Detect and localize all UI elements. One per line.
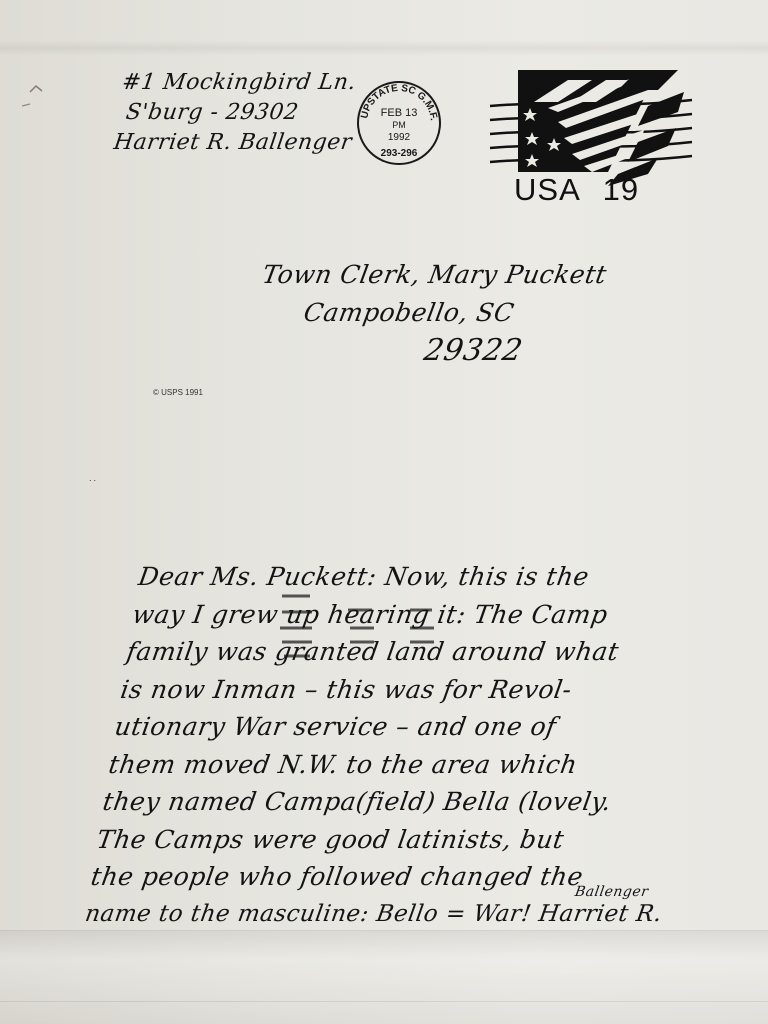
recipient-city: Campobello, SC bbox=[253, 294, 603, 332]
letter-line: Dear Ms. Puckett: Now, this is the bbox=[136, 558, 719, 596]
letter-line: name to the masculine: Bello = War! Harr… bbox=[82, 896, 665, 934]
letter-line: family was granted land around what bbox=[124, 633, 707, 671]
signature-surname: Ballenger bbox=[574, 884, 650, 900]
letter-line: them moved N.W. to the area which bbox=[106, 746, 689, 784]
recipient-zip: 29322 bbox=[246, 332, 596, 370]
return-address-street: #1 Mockingbird Ln. bbox=[120, 68, 362, 98]
stamp-country: USA bbox=[514, 172, 579, 207]
postmark-icon: UPSTATE SC G.M.F. FEB 13 PM 1992 293-296 bbox=[356, 80, 442, 166]
postmark-date: FEB 13 bbox=[381, 107, 418, 119]
recipient-name: Town Clerk, Mary Puckett bbox=[259, 256, 609, 294]
pencil-mark-icon bbox=[22, 78, 52, 108]
letter-line: The Camps were good latinists, but bbox=[94, 821, 677, 859]
letter-line: utionary War service – and one of bbox=[112, 708, 695, 746]
recipient-address: Town Clerk, Mary Puckett Campobello, SC … bbox=[246, 256, 610, 370]
return-address-name: Harriet R. Ballenger bbox=[112, 128, 354, 158]
stamp-denomination: USA 19 bbox=[514, 172, 639, 208]
postmark-year: 1992 bbox=[388, 132, 411, 143]
letter-line: they named Campa(field) Bella (lovely. bbox=[100, 783, 683, 821]
letter-line: way I grew up hearing it: The Camp bbox=[130, 596, 713, 634]
postmark-period: PM bbox=[392, 120, 406, 130]
paper-fold bbox=[0, 930, 768, 1024]
fold-crease bbox=[0, 1001, 768, 1002]
copyright-notice: © USPS 1991 bbox=[153, 388, 203, 397]
paper-specks: .. bbox=[89, 474, 98, 483]
postmark-zip-range: 293-296 bbox=[381, 148, 418, 159]
letter-body: Dear Ms. Puckett: Now, this is the way I… bbox=[82, 558, 718, 933]
return-address-city: S'burg - 29302 bbox=[116, 98, 358, 128]
letter-line: is now Inman – this was for Revol- bbox=[118, 671, 701, 709]
return-address: #1 Mockingbird Ln. S'burg - 29302 Harrie… bbox=[112, 68, 363, 158]
stamp-value: 19 bbox=[603, 172, 639, 207]
